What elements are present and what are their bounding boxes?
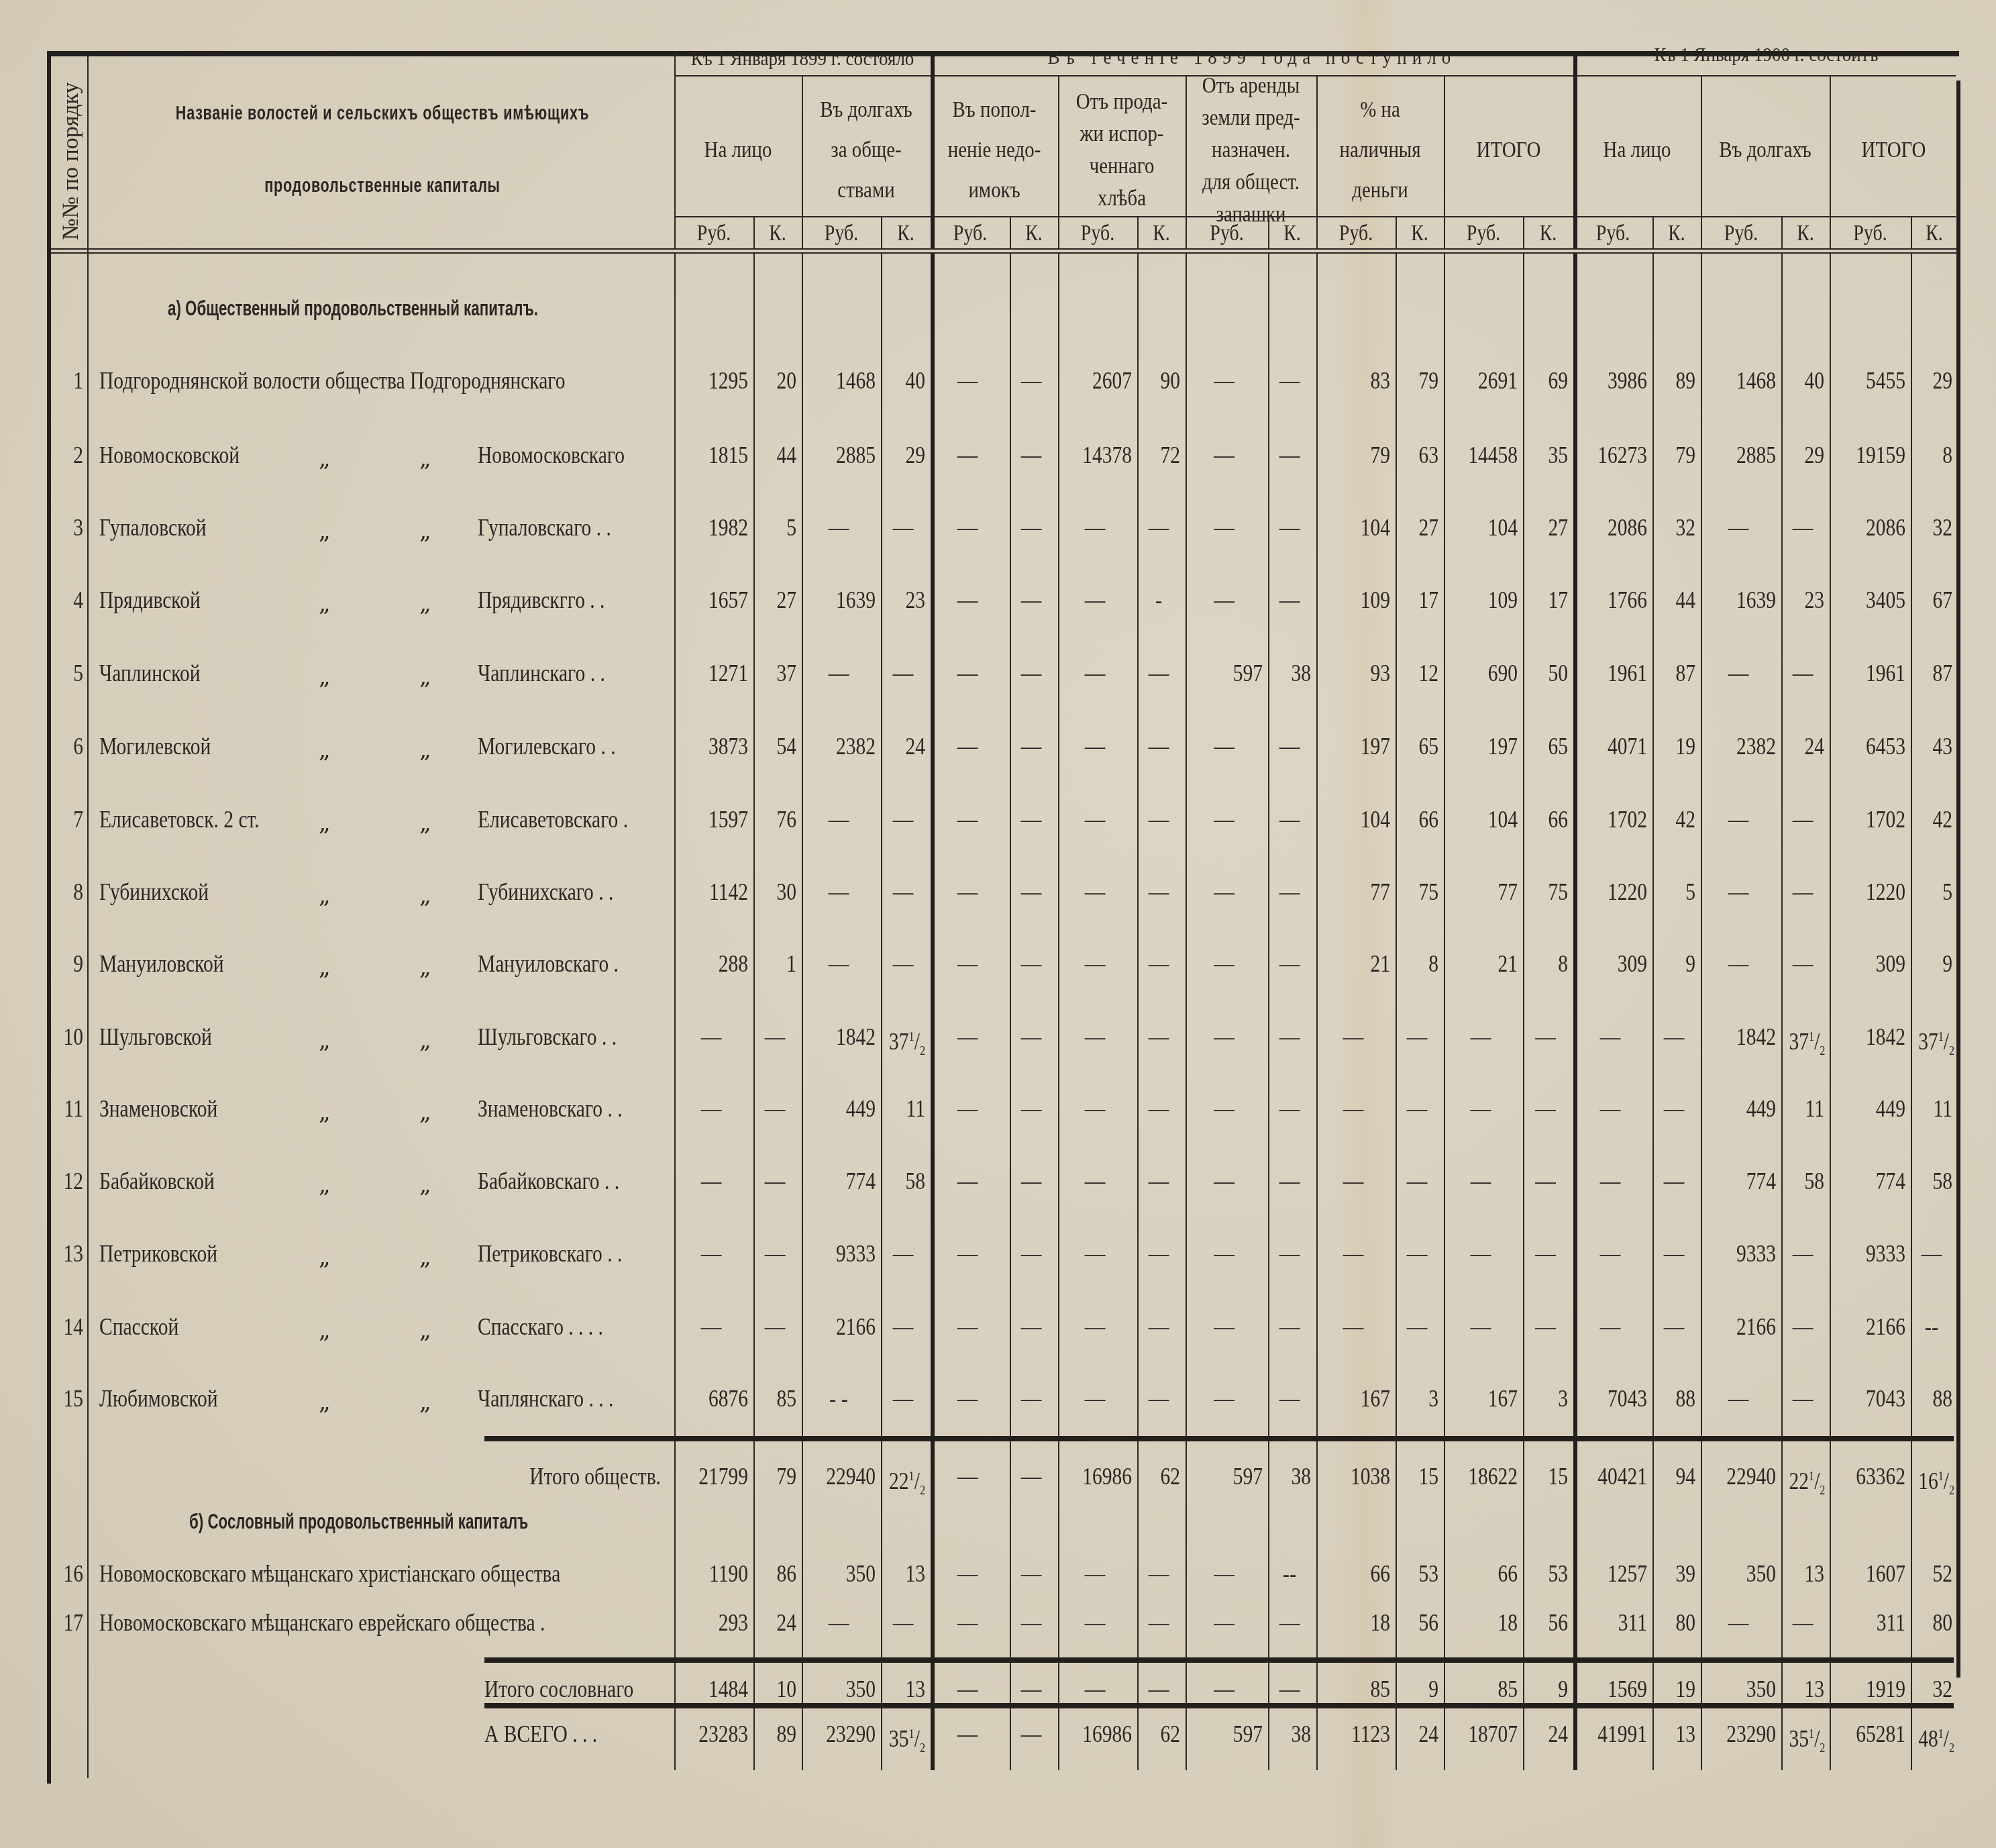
society-name: Мануиловскаго . [478,949,619,978]
total-a-value: 221/2 [889,1461,925,1505]
row-2-value: 79 [1330,440,1390,470]
row-4-value: — [936,585,999,615]
row-13-value: — [1322,1239,1385,1268]
row-17-value: 293 [688,1608,748,1637]
row-3-value: — [1706,513,1770,542]
total-a-value: 15 [1404,1461,1438,1491]
volost-name: Новомосковской [99,440,240,470]
unit-rub-label: Руб. [1065,219,1131,248]
row-17-value: — [1192,1608,1257,1637]
ditto-mark: „ [319,1027,331,1054]
column-header-land_lease: Отъ арендыземли пред-назначен.для общест… [1196,70,1307,231]
row-10-value: — [1013,1022,1049,1051]
col-line [802,76,803,248]
row-3-value: 32 [1661,513,1695,542]
volost-name: Чаплинской [99,658,201,688]
row-10-value: — [1526,1022,1565,1051]
col-line [1523,217,1524,248]
left-border [47,52,51,1784]
col-line [674,254,676,1770]
row-8-value: — [1271,877,1308,907]
total-b-value: 1484 [688,1674,748,1704]
grand-total-value: — [936,1719,999,1749]
row-7-value: 76 [761,805,796,834]
row-10-value: — [1579,1022,1642,1051]
col-line [1316,76,1318,248]
row-number: 7 [57,805,83,834]
row-3-value: 27 [1404,513,1438,542]
unit-kop-label: К. [1915,219,1953,248]
row-3-value: — [1271,513,1308,542]
row-8-value: — [1192,877,1257,907]
grand-total-value: 351/2 [889,1719,925,1763]
row-5-value: — [1141,658,1177,688]
row-7-value: — [1706,805,1770,834]
ditto-mark: „ [319,1389,331,1416]
row-16-value: — [1063,1559,1126,1588]
row-3-value: — [1192,513,1257,542]
row-5-value: 12 [1404,658,1438,688]
col-line [1573,52,1577,248]
total-b-value: 1919 [1843,1674,1905,1704]
row-10-value: 1842 [815,1022,876,1051]
row-4-value: — [1063,585,1126,615]
unit-kop-label: К. [1141,219,1181,248]
col-line [1268,254,1269,1770]
grand-total-value: 41991 [1587,1719,1647,1749]
grand-total-value: 1123 [1330,1719,1390,1749]
row-1-value: — [1013,366,1049,395]
col-line [1268,217,1269,248]
row-3-value: 104 [1330,513,1390,542]
grand-total-value: 24 [1531,1719,1568,1749]
total-a-value: 161/2 [1918,1461,1952,1505]
volost-name: Бабайковской [99,1166,215,1196]
col-line [802,254,803,1770]
col-line [1573,254,1577,1770]
total-b-value: 350 [815,1674,876,1704]
row-17-value: — [936,1608,999,1637]
row-13-value: — [757,1239,793,1268]
ditto-mark: „ [319,810,331,837]
unit-rub-label: Руб. [809,219,874,248]
row-2-value: 16273 [1587,440,1647,470]
row-13-value: — [1656,1239,1692,1268]
row-16-value: — [936,1559,999,1588]
total-b-value: — [1141,1674,1177,1704]
grand-total-value: 18707 [1457,1719,1518,1749]
row-3-value: — [807,513,870,542]
row-3-value: — [936,513,999,542]
row-12-value: 774 [815,1166,876,1196]
row-7-value: — [936,805,999,834]
col-line [1781,254,1783,1770]
row-13-value: — [1063,1239,1126,1268]
row-5-value: 597 [1200,658,1263,688]
col-line [881,217,882,248]
row-12-value: — [1192,1166,1257,1196]
total-b-value: 85 [1457,1674,1518,1704]
row-8-value: — [1063,877,1126,907]
row-17-value: — [1013,1608,1049,1637]
total-a-value: 22940 [1714,1461,1776,1491]
row-8-value: 1220 [1587,877,1647,907]
row-number: 1 [57,366,83,395]
ditto-mark: „ [419,1389,431,1416]
total-b-value: — [1063,1674,1126,1704]
row-11-value: — [1526,1094,1565,1123]
row-15-value: 7043 [1843,1384,1905,1413]
row-14-value: — [1063,1312,1126,1341]
row-15-value: — [1785,1384,1821,1413]
row-2-value: — [1271,440,1308,470]
column-header-start_cash: На лицо [684,90,792,170]
grand-total-value: 23290 [815,1719,876,1749]
row-2-value: — [936,440,999,470]
row-2-value: 14378 [1071,440,1132,470]
row-12-value: — [1579,1166,1642,1196]
group-header-1899-start: Къ 1 Января 1899 г. состояло [687,46,918,72]
row-6-value: — [1063,731,1126,761]
row-9-value: 21 [1457,949,1518,978]
volost-name: Гупаловской [99,513,207,542]
row-14-value: — [757,1312,793,1341]
row-17-value: 24 [761,1608,796,1637]
society-name: Губинихскаго . . [478,877,613,907]
row-11-value: — [1063,1094,1126,1123]
ditto-mark: „ [419,1027,431,1054]
volost-name: Губинихской [99,877,209,907]
row-14-value: — [1013,1312,1049,1341]
row-16-value: 53 [1531,1559,1568,1588]
row-6-value: 2382 [815,731,876,761]
col-line [1652,254,1654,1770]
row-11-value: 449 [1843,1094,1905,1123]
row-3-value: — [1141,513,1177,542]
row-14-value: — [680,1312,743,1341]
total-b-value: 85 [1330,1674,1390,1704]
row-6-value: 24 [1789,731,1824,761]
row-5-value: 1271 [688,658,748,688]
unit-rub-label: Руб. [1324,219,1389,248]
row-14-value: — [1785,1312,1821,1341]
total-b-value: — [936,1674,999,1704]
ditto-mark: „ [319,518,331,545]
row-6-value: — [1141,731,1177,761]
row-1-value: — [1192,366,1257,395]
row-15-value: — [1192,1384,1257,1413]
col-line [1830,76,1831,248]
row-2-value: — [1192,440,1257,470]
row-10-value: 1842 [1843,1022,1905,1051]
row-5-value: — [1013,658,1049,688]
col-line [1058,254,1059,1770]
col-line [1058,76,1059,248]
row-4-value: 23 [889,585,925,615]
row-number: 2 [57,440,83,470]
row-11-value: — [1399,1094,1435,1123]
row-1-value: 1295 [688,366,748,395]
row-16-value: 1257 [1587,1559,1647,1588]
row-6-value: 3873 [688,731,748,761]
row-11-value: — [1322,1094,1385,1123]
col-line [1911,254,1912,1770]
row-11-value: — [1656,1094,1692,1123]
row-5-value: 1961 [1843,658,1905,688]
row-6-value: 4071 [1587,731,1647,761]
column-header-end_cash: На лицо [1583,130,1691,170]
row-10-value: — [1656,1022,1692,1051]
column-header-during_total: ИТОГО [1453,130,1563,170]
group-rule [674,75,1956,76]
row-7-value: 42 [1918,805,1952,834]
row-6-value: 65 [1404,731,1438,761]
volost-name: Любимовской [99,1384,218,1413]
row-1-value: — [936,366,999,395]
ditto-mark: „ [319,1317,331,1344]
row-16-value: 350 [1714,1559,1776,1588]
unit-rub-label: Руб. [938,219,1003,248]
row-3-value: — [1013,513,1049,542]
unit-rub-label: Руб. [1708,219,1774,248]
row-16-value: 13 [1789,1559,1824,1588]
row-2-value: 19159 [1843,440,1905,470]
row-1-value: 2691 [1457,366,1518,395]
unit-kop-label: К. [1657,219,1696,248]
row-4-value: — [1013,585,1049,615]
row-5-value: — [807,658,870,688]
row-4-value: 1657 [688,585,748,615]
row-5-value: 1961 [1587,658,1647,688]
volost-name: Петриковской [99,1239,217,1268]
society-name: Шульговскаго . . [478,1022,617,1051]
row-2-value: 72 [1145,440,1180,470]
row-11-value: — [757,1094,793,1123]
row-16-value: — [1013,1559,1049,1588]
society-name: Чаплянскаго . . . [478,1384,613,1413]
row-number: 8 [57,877,83,907]
total-a-value: 38 [1276,1461,1311,1491]
row-3-value: 2086 [1843,513,1905,542]
row-15-value: 6876 [688,1384,748,1413]
row-6-value: 54 [761,731,796,761]
row-11-value: — [936,1094,999,1123]
row-14-value: 2166 [1714,1312,1776,1341]
row-16-value: — [1141,1559,1177,1588]
row-11-value: — [1192,1094,1257,1123]
row-8-value: — [1013,877,1049,907]
col-line [1830,254,1831,1770]
row-9-value: — [1271,949,1308,978]
row-10-value: — [1063,1022,1126,1051]
row-11-value: 449 [1714,1094,1776,1123]
row-15-value: — [884,1384,922,1413]
row-12-value: 774 [1714,1166,1776,1196]
unit-rub-label: Руб. [1451,219,1516,248]
row-6-value: 65 [1531,731,1568,761]
row-12-value: 58 [889,1166,925,1196]
row-7-value: — [1192,805,1257,834]
row-13-value: — [1579,1239,1642,1268]
row-6-value: 19 [1661,731,1695,761]
row-15-value: 7043 [1587,1384,1647,1413]
row-9-value: — [1013,949,1049,978]
row-5-value: 87 [1918,658,1952,688]
ditto-mark: „ [419,1172,431,1198]
row-number: 14 [57,1312,83,1341]
row-4-value: 1766 [1587,585,1647,615]
ditto-mark: „ [419,810,431,837]
total-b-value: 9 [1404,1674,1438,1704]
row-17-value: — [1271,1608,1308,1637]
grand-total-value: 23283 [688,1719,748,1749]
col-line [1396,217,1397,248]
row-7-value: — [1785,805,1821,834]
unit-kop-label: К. [886,219,927,248]
row-9-value: — [807,949,870,978]
row-8-value: — [1785,877,1821,907]
row-13-value: — [936,1239,999,1268]
row-8-value: 1220 [1843,877,1905,907]
volost-name: Могилевской [99,731,211,761]
row-14-value: — [1579,1312,1642,1341]
ditto-mark: „ [319,664,331,690]
row-1-value: 90 [1145,366,1180,395]
row-2-value: 2885 [1714,440,1776,470]
row-11-value: 11 [1918,1094,1952,1123]
row-13-value: — [1914,1239,1950,1268]
row-10-value: — [936,1022,999,1051]
row-15-value: — [936,1384,999,1413]
col-line [1701,76,1702,248]
row-number: 15 [57,1384,83,1413]
row-16-value: 86 [761,1559,796,1588]
row-6-value: 24 [889,731,925,761]
row-4-value: 23 [1789,585,1824,615]
row-16-value: 1190 [688,1559,748,1588]
row-13-value: — [1192,1239,1257,1268]
row-15-value: 88 [1918,1384,1952,1413]
total-b-value: 13 [889,1674,925,1704]
row-14-value: — [1192,1312,1257,1341]
row-5-value: — [936,658,999,688]
col-line [1444,76,1445,248]
group-header-1900-start: Къ 1 Января 1900 г. состоитъ [1593,42,1940,68]
row-4-value: — [1192,585,1257,615]
row-7-value: — [807,805,870,834]
row-2-value: 63 [1404,440,1438,470]
row-3-value: — [1063,513,1126,542]
row-15-value: 88 [1661,1384,1695,1413]
row-6-value: 2382 [1714,731,1776,761]
row-1-value: 1468 [1714,366,1776,395]
row-7-value: 104 [1457,805,1518,834]
row-4-value: 109 [1457,585,1518,615]
ditto-mark: „ [419,954,431,981]
row-10-value: — [1192,1022,1257,1051]
row-12-value: — [1271,1166,1308,1196]
row-17-value: — [1063,1608,1126,1637]
row-6-value: — [1271,731,1308,761]
row-4-value: 3405 [1843,585,1905,615]
row-14-value: — [1322,1312,1385,1341]
row-4-value: 17 [1531,585,1568,615]
row-8-value: 77 [1330,877,1390,907]
row-8-value: 5 [1918,877,1952,907]
row-13-value: — [1449,1239,1512,1268]
ditto-mark: „ [419,1317,431,1344]
ditto-mark: „ [419,518,431,545]
row-1-value: 5455 [1843,366,1905,395]
total-b-value: 1569 [1587,1674,1647,1704]
row-17-value: — [1706,1608,1770,1637]
row-7-value: 66 [1531,805,1568,834]
society-name: Спасскаго . . . . [478,1312,603,1341]
col-line [931,254,935,1770]
row-11-value: — [1141,1094,1177,1123]
row-number: 9 [57,949,83,978]
row-3-value: 2086 [1587,513,1647,542]
row-17-value: 18 [1330,1608,1390,1637]
ditto-mark: „ [319,1172,331,1198]
row-11-value: — [1449,1094,1512,1123]
row-3-value: 27 [1531,513,1568,542]
row-11-value: 449 [815,1094,876,1123]
row-9-value: 8 [1404,949,1438,978]
ditto-mark: „ [319,882,331,909]
total-b-value: 13 [1789,1674,1824,1704]
row-8-value: 75 [1531,877,1568,907]
row-17-value: 311 [1843,1608,1905,1637]
row-11-value: 11 [889,1094,925,1123]
right-border [1956,81,1960,1678]
row-15-value: - - [807,1384,870,1413]
row-3-value: 32 [1918,513,1952,542]
total-b-value: 350 [1714,1674,1776,1704]
row-15-value: 167 [1457,1384,1518,1413]
row-5-value: 50 [1531,658,1568,688]
volost-name: Шульговской [99,1022,212,1051]
unit-kop-label: К. [1528,219,1569,248]
row-13-value: — [1013,1239,1049,1268]
ditto-mark: „ [319,1244,331,1271]
row-17-value: — [1141,1608,1177,1637]
row-13-value: — [680,1239,743,1268]
total-b-label: Итого сословнаго [484,1674,633,1704]
total-b-value: 19 [1661,1674,1695,1704]
grand-total-label: А ВСЕГО . . . [484,1719,597,1749]
grand-total-value: 38 [1276,1719,1311,1749]
row-1-value: 79 [1404,366,1438,395]
row-number: 10 [57,1022,83,1051]
row-15-value: 85 [761,1384,796,1413]
row-13-value: — [1785,1239,1821,1268]
row-11-value: — [1271,1094,1308,1123]
grand-total-value: 24 [1404,1719,1438,1749]
row-3-value: 104 [1457,513,1518,542]
row-9-value: 9 [1918,949,1952,978]
row-9-value: — [1141,949,1177,978]
row-16-value: 66 [1457,1559,1518,1588]
row-15-value: — [1063,1384,1126,1413]
row-8-value: — [807,877,870,907]
column-header-end_debts: Въ долгахъ [1710,130,1820,170]
row-15-value: — [1013,1384,1049,1413]
volost-name: Елисаветовск. 2 ст. [99,805,260,834]
col-line [1701,254,1702,1770]
row-9-value: — [936,949,999,978]
row-14-value: — [1449,1312,1512,1341]
